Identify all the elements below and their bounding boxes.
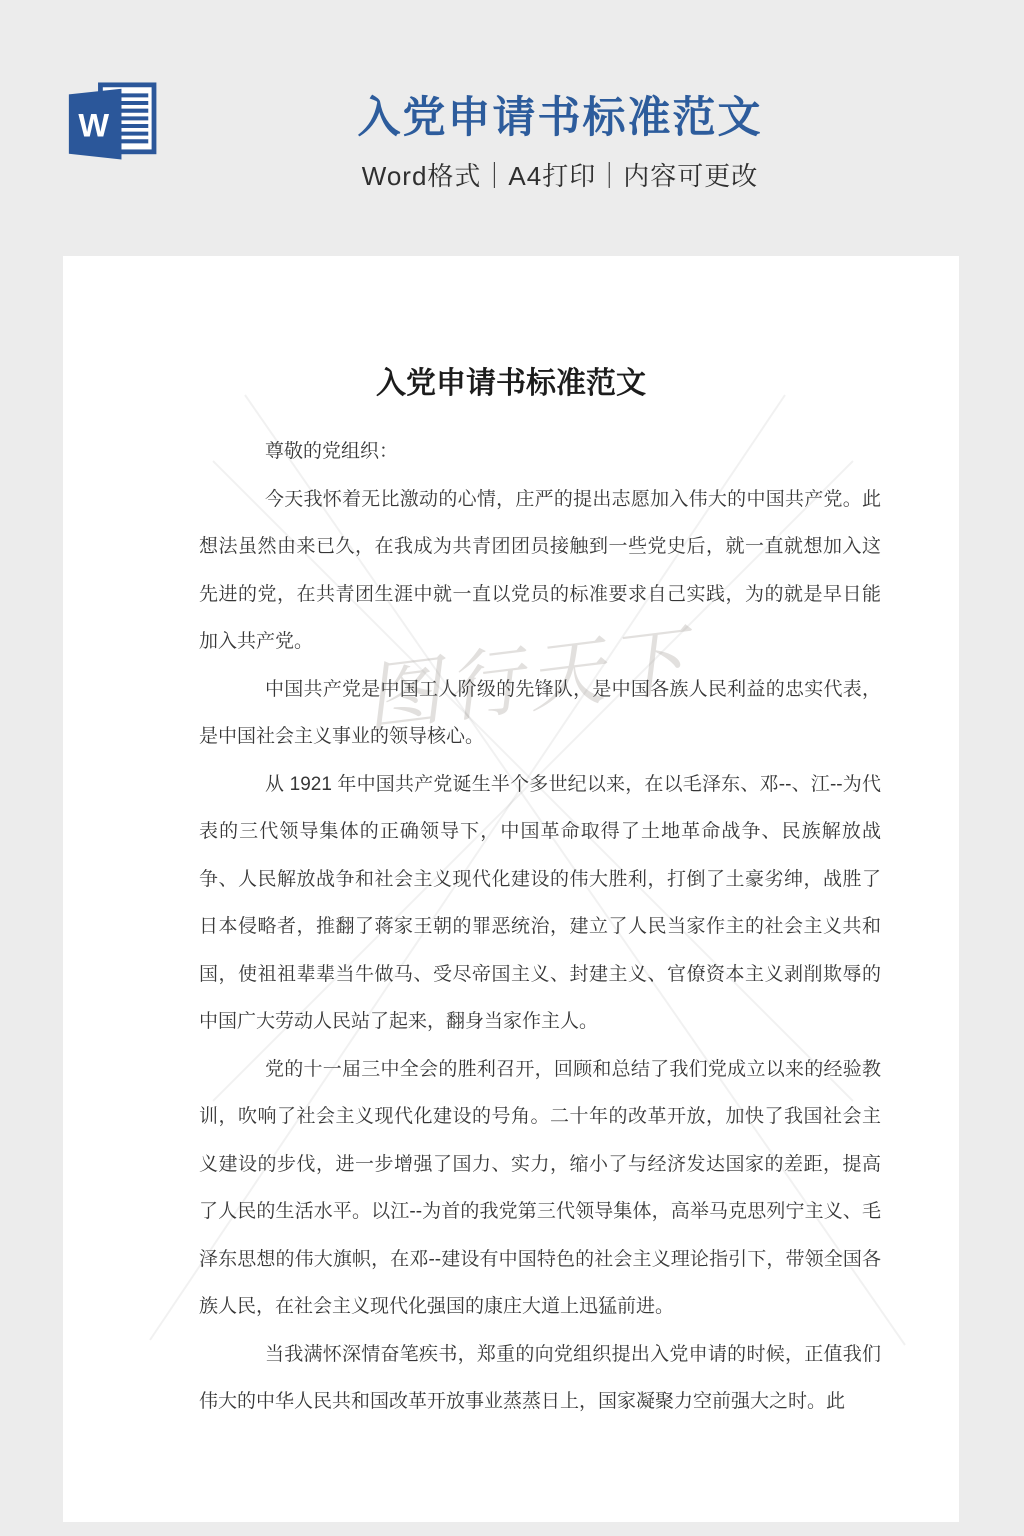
header-text: 入党申请书标准范文 Word格式｜A4打印｜内容可更改 [160, 92, 960, 193]
doc-body: 尊敬的党组织： 今天我怀着无比激动的心情，庄严的提出志愿加入伟大的中国共产党。此… [199, 428, 881, 1426]
doc-paragraph: 当我满怀深情奋笔疾书，郑重的向党组织提出入党申请的时候，正值我们伟大的中华人民共… [199, 1331, 881, 1426]
header: W 入党申请书标准范文 Word格式｜A4打印｜内容可更改 [0, 0, 1024, 256]
doc-paragraph: 尊敬的党组织： [199, 428, 881, 476]
doc-paragraph: 中国共产党是中国工人阶级的先锋队，是中国各族人民利益的忠实代表，是中国社会主义事… [199, 666, 881, 761]
header-title: 入党申请书标准范文 [160, 92, 960, 144]
doc-paragraph: 从 1921 年中国共产党诞生半个多世纪以来，在以毛泽东、邓--、江--为代表的… [199, 761, 881, 1046]
doc-paragraph: 今天我怀着无比激动的心情，庄严的提出志愿加入伟大的中国共产党。此想法虽然由来已久… [199, 476, 881, 666]
header-subtitle: Word格式｜A4打印｜内容可更改 [160, 156, 960, 193]
document-page: 图行天下 入党申请书标准范文 尊敬的党组织： 今天我怀着无比激动的心情，庄严的提… [63, 256, 959, 1522]
doc-title: 入党申请书标准范文 [63, 366, 959, 402]
word-icon-letter: W [78, 108, 109, 144]
doc-paragraph: 党的十一届三中全会的胜利召开，回顾和总结了我们党成立以来的经验教训，吹响了社会主… [199, 1046, 881, 1331]
word-file-icon: W [62, 82, 158, 170]
